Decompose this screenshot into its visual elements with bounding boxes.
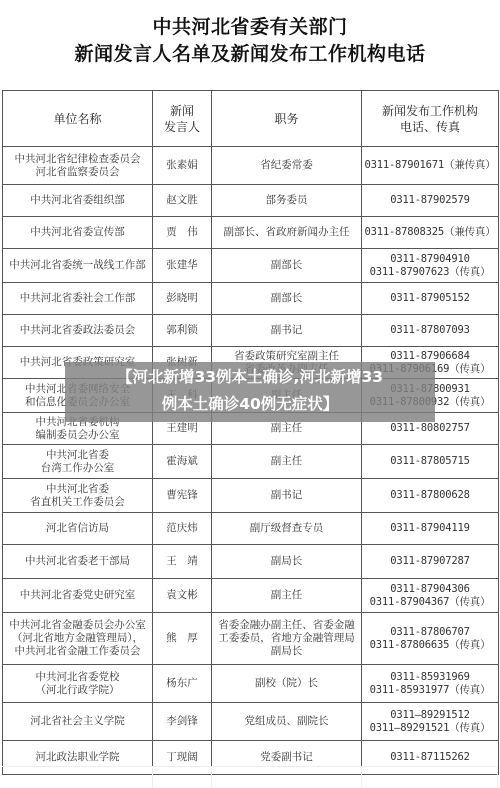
spokesperson-cell-line: 张素娟 [154,159,210,172]
phone-cell-line: 0311-87904910 [363,253,497,266]
spokesperson-cell: 彭晓明 [153,283,212,315]
position-cell-line: 工委委员，省地方金融管理局 [213,632,360,645]
phone-cell: 0311-87901671（兼传真） [362,147,499,185]
position-cell-line: 省委金融办副主任、省委金融 [213,619,360,632]
phone-cell-line: 0311-80802757 [363,422,497,435]
phone-cell-line: 0311-87115262 [363,751,497,764]
spokesperson-cell-line: 彭晓明 [154,292,210,305]
unit-name-cell-line: 中共河北省金融工作委员会 [4,645,151,658]
table-body: 中共河北省纪律检查委员会河北省监察委员会张素娟省纪委常委0311-8790167… [3,147,499,775]
unit-name-cell-line: 台湾工作办公室 [4,462,151,475]
position-cell: 副部长 [212,283,362,315]
position-cell: 副书记 [212,479,362,513]
position-cell: 副校（院）长 [212,665,362,703]
title-line-2: 新闻发言人名单及新闻发布工作机构电话 [0,41,500,68]
spokesperson-cell-line: 袁文彬 [154,589,210,602]
position-cell: 党组成员、副院长 [212,703,362,741]
unit-name-cell-line: 河北省社会主义学院 [4,715,151,728]
unit-name-cell-line: 中共河北省委 [4,483,151,496]
spokesperson-cell: 王 靖 [153,545,212,579]
phone-cell: 0311-859319690311-85931977（传真） [362,665,499,703]
table-row: 中共河北省委党史研究室袁文彬副主任0311-879043060311-87904… [3,579,499,613]
unit-name-cell: 中共河北省委老干部局 [3,545,153,579]
position-cell: 副主任 [212,579,362,613]
spokesperson-cell-line: 王建明 [154,422,210,435]
phone-cell: 0311—892915120311—89291521（传真） [362,703,499,741]
position-cell: 省纪委常委 [212,147,362,185]
unit-name-cell-line: 中共河北省委政法委员会 [4,324,151,337]
table-row: 中共河北省纪律检查委员会河北省监察委员会张素娟省纪委常委0311-8790167… [3,147,499,185]
spokesperson-cell-line: 郭利锁 [154,324,210,337]
unit-name-cell-line: 中共河北省委党史研究室 [4,589,151,602]
phone-cell-line: 0311-87904367（传真） [363,596,497,609]
phone-cell: 0311-87905152 [362,283,499,315]
phone-cell-line: 0311-87901671（兼传真） [363,159,497,172]
phone-cell: 0311-87907287 [362,545,499,579]
position-cell-line: 副部长、省政府新闻办主任 [213,226,360,239]
position-cell-line: 副局长 [213,555,360,568]
table-row: 中共河北省委台湾工作办公室霍海斌副主任0311-87805715 [3,445,499,479]
table-row: 中共河北省金融委员会办公室（河北省地方金融管理局），中共河北省金融工作委员会熊 … [3,613,499,665]
position-cell-line: 党组成员、副院长 [213,715,360,728]
unit-name-cell: 中共河北省委省直机关工作委员会 [3,479,153,513]
position-cell: 副书记 [212,315,362,347]
spokesperson-cell: 熊 厚 [153,613,212,665]
position-cell-line: 副主任 [213,455,360,468]
phone-cell-line: 0311-87806635（传真） [363,639,497,652]
unit-name-cell: 中共河北省纪律检查委员会河北省监察委员会 [3,147,153,185]
unit-name-cell-line: 中共河北省金融委员会办公室 [4,619,151,632]
position-cell-line: 副主任 [213,422,360,435]
unit-name-cell-line: 中共河北省委老干部局 [4,555,151,568]
unit-name-cell-line: 河北省监察委员会 [4,166,151,179]
spokesperson-cell-line: 赵文胜 [154,194,210,207]
header-spokesperson-line2: 发言人 [154,119,210,135]
spokesperson-cell-line: 贾 伟 [154,226,210,239]
spokesperson-cell-line: 曹宪锋 [154,489,210,502]
phone-cell: 0311-87805715 [362,445,499,479]
phone-cell-line: 0311-87805715 [363,455,497,468]
position-cell: 副厅级督查专员 [212,513,362,545]
caption-line-2: 例本土确诊40例无症状】 [65,391,435,418]
spokesperson-cell-line: 范庆炜 [154,522,210,535]
unit-name-cell-line: 中共河北省委 [4,449,151,462]
header-row: 单位名称 新闻 发言人 职务 新闻发布工作机构 电话、传真 [3,91,499,147]
unit-name-cell: 中共河北省金融委员会办公室（河北省地方金融管理局），中共河北省金融工作委员会 [3,613,153,665]
phone-cell: 0311-87800628 [362,479,499,513]
title-line-1: 中共河北省委有关部门 [0,14,500,41]
unit-name-cell: 中共河北省委组织部 [3,185,153,217]
position-cell: 副局长 [212,545,362,579]
header-spokesperson: 新闻 发言人 [153,91,212,147]
unit-name-cell: 中共河北省委宣传部 [3,217,153,249]
spokesperson-cell-line: 杨东广 [154,677,210,690]
position-cell-line: 党委副书记 [213,751,360,764]
position-cell-line: 副书记 [213,489,360,502]
phone-cell-line: 0311-87906684 [363,350,497,363]
phone-cell-line: 0311-87905152 [363,292,497,305]
header-position: 职务 [212,91,362,147]
header-phone: 新闻发布工作机构 电话、传真 [362,91,499,147]
spokesperson-cell: 袁文彬 [153,579,212,613]
position-cell-line: 副厅级督查专员 [213,522,360,535]
empty-grid-lines [2,766,498,788]
spokesperson-cell-line: 王 靖 [154,555,210,568]
spokesperson-cell: 郭利锁 [153,315,212,347]
unit-name-cell: 河北省信访局 [3,513,153,545]
spokesperson-cell-line: 张建华 [154,259,210,272]
spokesperson-cell: 曹宪锋 [153,479,212,513]
phone-cell: 0311-87808325（兼传真） [362,217,499,249]
phone-cell-line: 0311-87904119 [363,522,497,535]
unit-name-cell-line: 中共河北省委社会工作部 [4,292,151,305]
spokesperson-cell: 范庆炜 [153,513,212,545]
phone-cell: 0311-87904119 [362,513,499,545]
spokesperson-cell-line: 丁现阔 [154,751,210,764]
position-cell-line: 副部长 [213,292,360,305]
phone-cell-line: 0311-87808325（兼传真） [363,226,497,239]
unit-name-cell-line: 中共河北省委宣传部 [4,226,151,239]
position-cell: 副部长、省政府新闻办主任 [212,217,362,249]
phone-cell-line: 0311-87904306 [363,583,497,596]
position-cell-line: 副校（院）长 [213,677,360,690]
unit-name-cell-line: 河北政法职业学院 [4,751,151,764]
phone-cell-line: 0311-87800628 [363,489,497,502]
phone-cell-line: 0311-85931969 [363,671,497,684]
spokesperson-cell-line: 霍海斌 [154,455,210,468]
position-cell: 部务委员 [212,185,362,217]
position-cell-line: 副书记 [213,324,360,337]
spokesperson-table: 单位名称 新闻 发言人 职务 新闻发布工作机构 电话、传真 中共河北省纪律检查委… [2,90,499,775]
table-row: 中共河北省委老干部局王 靖副局长0311-87907287 [3,545,499,579]
table-row: 中共河北省委省直机关工作委员会曹宪锋副书记0311-87800628 [3,479,499,513]
unit-name-cell: 中共河北省委政法委员会 [3,315,153,347]
spokesperson-cell: 赵文胜 [153,185,212,217]
unit-name-cell: 中共河北省委社会工作部 [3,283,153,315]
header-spokesperson-line1: 新闻 [154,103,210,119]
table-row: 中共河北省委社会工作部彭晓明副部长0311-87905152 [3,283,499,315]
phone-cell-line: 0311-87807093 [363,324,497,337]
unit-name-cell-line: 中共河北省委党校 [4,671,151,684]
table-row: 中共河北省委党校（河北行政学院）杨东广副校（院）长0311-8593196903… [3,665,499,703]
header-unit: 单位名称 [3,91,153,147]
table-row: 河北省信访局范庆炜副厅级督查专员0311-87904119 [3,513,499,545]
unit-name-cell-line: 编制委员会办公室 [4,429,151,442]
position-cell-line: 省纪委常委 [213,159,360,172]
table-row: 河北省社会主义学院李剑锋党组成员、副院长0311—892915120311—89… [3,703,499,741]
header-phone-line2: 电话、传真 [363,119,497,135]
phone-cell: 0311-878067070311-87806635（传真） [362,613,499,665]
phone-cell: 0311-87902579 [362,185,499,217]
phone-cell: 0311-879049100311-87907623（传真） [362,249,499,283]
unit-name-cell-line: 河北省信访局 [4,522,151,535]
phone-cell: 0311-879043060311-87904367（传真） [362,579,499,613]
spokesperson-cell: 张素娟 [153,147,212,185]
position-cell-line: 省委政策研究室副主任 [213,350,360,363]
unit-name-cell-line: 中共河北省委统一战线工作部 [4,259,151,272]
table-row: 中共河北省委统一战线工作部张建华副部长0311-879049100311-879… [3,249,499,283]
spokesperson-cell: 霍海斌 [153,445,212,479]
phone-cell-line: 0311-85931977（传真） [363,684,497,697]
position-cell: 副部长 [212,249,362,283]
unit-name-cell-line: （河北行政学院） [4,684,151,697]
spokesperson-cell-line: 熊 厚 [154,632,210,645]
caption-overlay: 【河北新增33例本土确诊,河北新增33 例本土确诊40例无症状】 [65,364,435,418]
position-cell: 省委金融办副主任、省委金融工委委员，省地方金融管理局副局长 [212,613,362,665]
caption-line-1: 【河北新增33例本土确诊,河北新增33 [65,364,435,391]
phone-cell-line: 0311-87902579 [363,194,497,207]
position-cell-line: 副部长 [213,259,360,272]
spokesperson-cell-line: 李剑锋 [154,715,210,728]
unit-name-cell: 中共河北省委台湾工作办公室 [3,445,153,479]
spokesperson-cell: 贾 伟 [153,217,212,249]
position-cell-line: 副主任 [213,589,360,602]
unit-name-cell: 河北省社会主义学院 [3,703,153,741]
position-cell: 副主任 [212,445,362,479]
unit-name-cell: 中共河北省委党史研究室 [3,579,153,613]
unit-name-cell: 中共河北省委统一战线工作部 [3,249,153,283]
table-row: 中共河北省委政法委员会郭利锁副书记0311-87807093 [3,315,499,347]
document-title: 中共河北省委有关部门 新闻发言人名单及新闻发布工作机构电话 [0,14,500,68]
phone-cell-line: 0311-87806707 [363,626,497,639]
spokesperson-cell: 杨东广 [153,665,212,703]
unit-name-cell-line: 省直机关工作委员会 [4,496,151,509]
position-cell-line: 副局长 [213,645,360,658]
unit-name-cell: 中共河北省委党校（河北行政学院） [3,665,153,703]
table-row: 中共河北省委组织部赵文胜部务委员0311-87902579 [3,185,499,217]
unit-name-cell-line: 中共河北省纪律检查委员会 [4,153,151,166]
spokesperson-cell: 张建华 [153,249,212,283]
phone-cell-line: 0311-87907287 [363,555,497,568]
unit-name-cell-line: （河北省地方金融管理局）， [4,632,151,645]
phone-cell-line: 0311—89291521（传真） [363,722,497,735]
unit-name-cell-line: 中共河北省委组织部 [4,194,151,207]
header-phone-line1: 新闻发布工作机构 [363,103,497,119]
phone-cell: 0311-87807093 [362,315,499,347]
position-cell-line: 部务委员 [213,194,360,207]
phone-cell-line: 0311—89291512 [363,709,497,722]
spokesperson-cell: 李剑锋 [153,703,212,741]
table-row: 中共河北省委宣传部贾 伟副部长、省政府新闻办主任0311-87808325（兼传… [3,217,499,249]
phone-cell-line: 0311-87907623（传真） [363,266,497,279]
